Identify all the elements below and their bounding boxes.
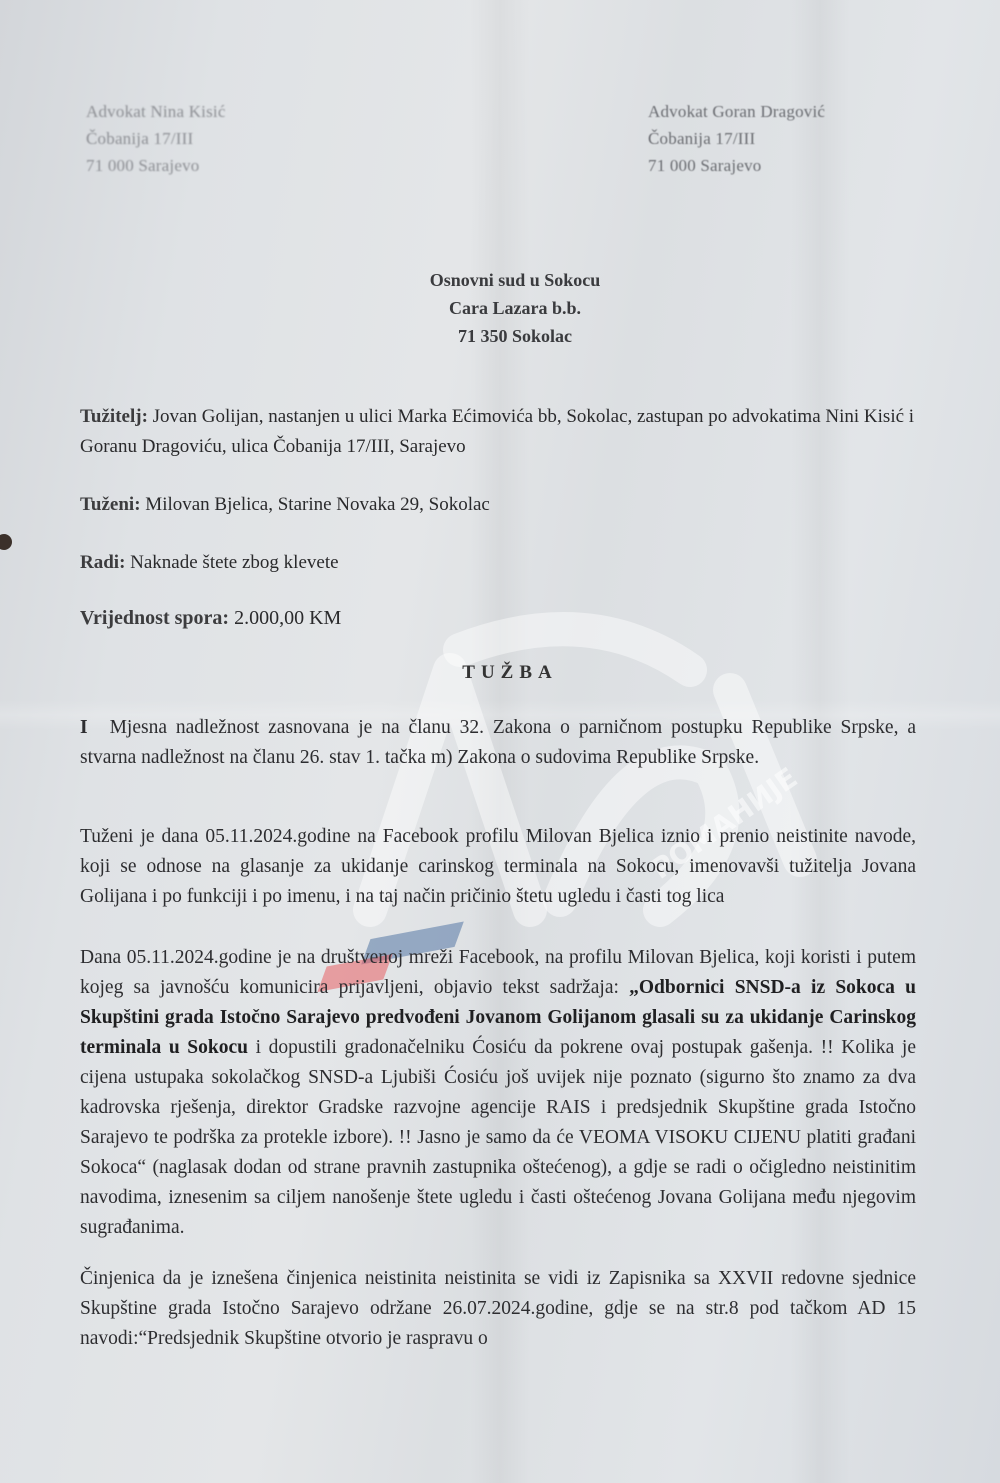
sender-left-block: Advokat Nina Kisić Čobanija 17/III 71 00… [86,98,226,179]
defendant-field: Tuženi: Milovan Bjelica, Starine Novaka … [80,490,940,520]
sender-left-name: Advokat Nina Kisić [86,98,226,125]
document-title: TUŽBA [0,662,1000,684]
plaintiff-value: Jovan Golijan, nastanjen u ulici Marka E… [80,406,914,457]
paragraph-evidence: Činjenica da je iznešena činjenica neist… [80,1264,916,1354]
paragraph-quoted-post: Dana 05.11.2024.godine je na društvenoj … [80,943,916,1243]
sender-left-street: Čobanija 17/III [86,125,226,152]
sender-right-street: Čobanija 17/III [648,125,825,152]
punch-hole [0,534,12,550]
court-street: Cara Lazara b.b. [30,294,1000,322]
plaintiff-field: Tužitelj: Jovan Golijan, nastanjen u uli… [80,402,940,462]
court-name: Osnovni sud u Sokocu [30,266,1000,294]
subject-field: Radi: Naknade štete zbog klevete [80,548,940,578]
defendant-value: Milovan Bjelica, Starine Novaka 29, Soko… [145,494,490,515]
section-numeral: I [80,717,88,738]
quoted-post-rest: i dopustili gradonačelniku Ćosiću da pok… [80,1037,916,1238]
court-address-block: Osnovni sud u Sokocu Cara Lazara b.b. 71… [0,266,1000,350]
subject-label: Radi: [80,552,125,573]
dispute-value-label: Vrijednost spora: [80,607,229,629]
sender-right-block: Advokat Goran Dragović Čobanija 17/III 7… [648,98,825,179]
section-jurisdiction-text: Mjesna nadležnost zasnovana je na članu … [80,717,916,768]
subject-value: Naknade štete zbog klevete [130,552,338,573]
plaintiff-label: Tužitelj: [80,406,148,427]
paragraph-allegation: Tuženi je dana 05.11.2024.godine na Face… [80,822,916,912]
dispute-value-amount: 2.000,00 KM [234,607,341,629]
sender-right-city: 71 000 Sarajevo [648,152,825,179]
dispute-value-field: Vrijednost spora: 2.000,00 KM [80,603,940,633]
sender-left-city: 71 000 Sarajevo [86,152,226,179]
court-city: 71 350 Sokolac [30,322,1000,350]
sender-right-name: Advokat Goran Dragović [648,98,825,125]
defendant-label: Tuženi: [80,494,141,515]
section-jurisdiction: IMjesna nadležnost zasnovana je na članu… [80,713,916,773]
